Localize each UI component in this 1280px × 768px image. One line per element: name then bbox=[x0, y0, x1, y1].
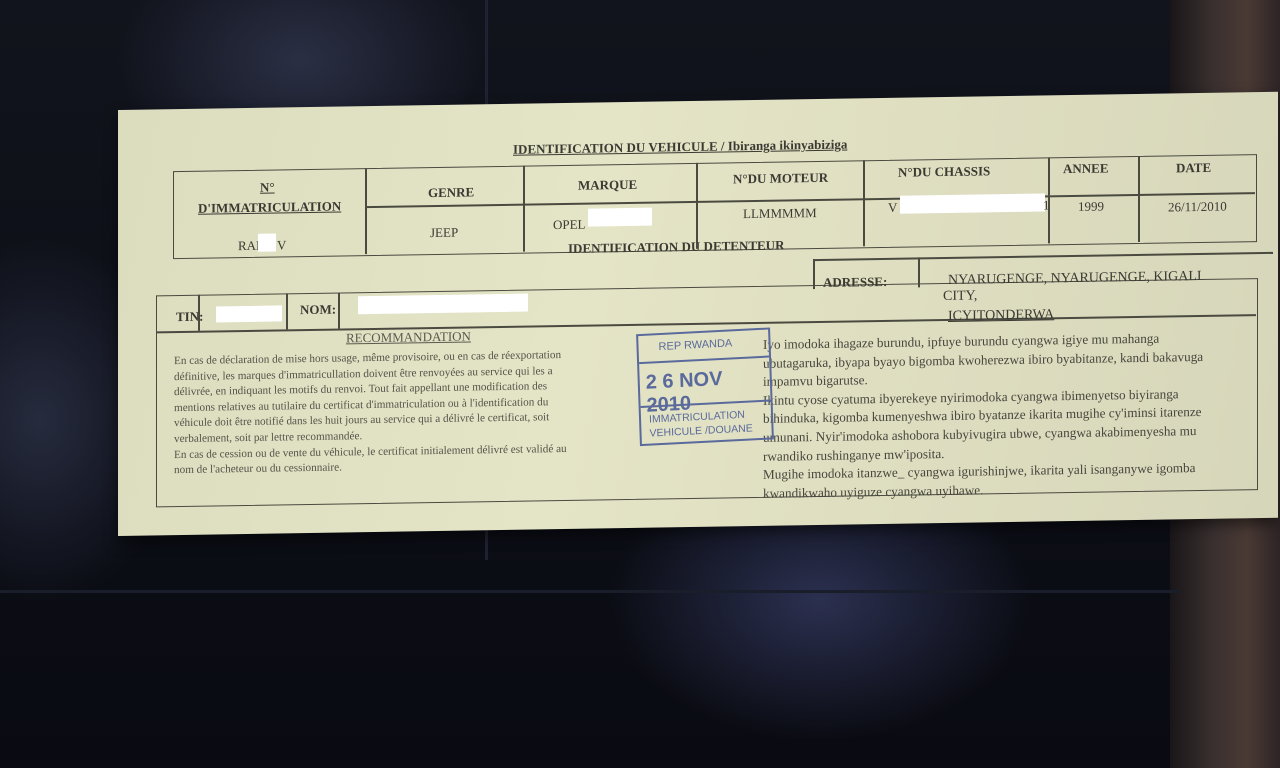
genre-header: GENRE bbox=[428, 184, 474, 201]
vehicle-section-title: IDENTIFICATION DU VEHICULE / Ibiranga ik… bbox=[513, 137, 847, 158]
seat-seam bbox=[0, 590, 1180, 593]
nom-label: NOM: bbox=[300, 302, 336, 319]
vehicle-registration-card: IDENTIFICATION DU VEHICULE / Ibiranga ik… bbox=[118, 92, 1278, 536]
adresse-line2: CITY, bbox=[943, 289, 977, 306]
chassis-value-prefix: V bbox=[888, 200, 897, 216]
marque-value: OPEL bbox=[553, 217, 586, 234]
genre-value: JEEP bbox=[430, 225, 458, 241]
engine-no-header: N°DU MOTEUR bbox=[733, 170, 828, 187]
registration-value-suffix: V bbox=[277, 237, 286, 253]
annee-header: ANNEE bbox=[1063, 160, 1109, 177]
recommandation-text: En cas de déclaration de mise hors usage… bbox=[174, 346, 664, 478]
redaction bbox=[358, 294, 528, 315]
chassis-no-header: N°DU CHASSIS bbox=[898, 163, 990, 180]
recommandation-title: RECOMMANDATION bbox=[346, 328, 471, 346]
icyitonderwa-text: Iyo imodoka ihagaze burundu, ipfuye buru… bbox=[763, 328, 1280, 504]
stamp-line1: REP RWANDA bbox=[658, 337, 732, 353]
redaction bbox=[258, 234, 276, 252]
redaction bbox=[216, 305, 282, 322]
annee-value: 1999 bbox=[1078, 199, 1104, 215]
date-header: DATE bbox=[1176, 160, 1211, 177]
marque-header: MARQUE bbox=[578, 177, 637, 194]
chassis-value-suffix: 1 bbox=[1043, 197, 1050, 213]
tin-label: TIN: bbox=[176, 309, 203, 325]
icyitonderwa-title: ICYITONDERWA bbox=[948, 307, 1054, 325]
redaction bbox=[900, 193, 1045, 213]
customs-stamp: REP RWANDA 2 6 NOV 2010 IMMATRICULATION … bbox=[636, 327, 774, 446]
registration-no-header: N° bbox=[260, 180, 275, 196]
engine-no-value: LLMMMMM bbox=[743, 205, 817, 222]
holder-section-title: IDENTIFICATION DU DETENTEUR bbox=[568, 238, 784, 257]
stamp-line4: VEHICULE /DOUANE bbox=[649, 422, 753, 439]
date-value: 26/11/2010 bbox=[1168, 199, 1227, 216]
registration-label-header: D'IMMATRICULATION bbox=[198, 198, 341, 216]
adresse-label: ADRESSE: bbox=[823, 274, 887, 291]
redaction bbox=[588, 208, 652, 227]
